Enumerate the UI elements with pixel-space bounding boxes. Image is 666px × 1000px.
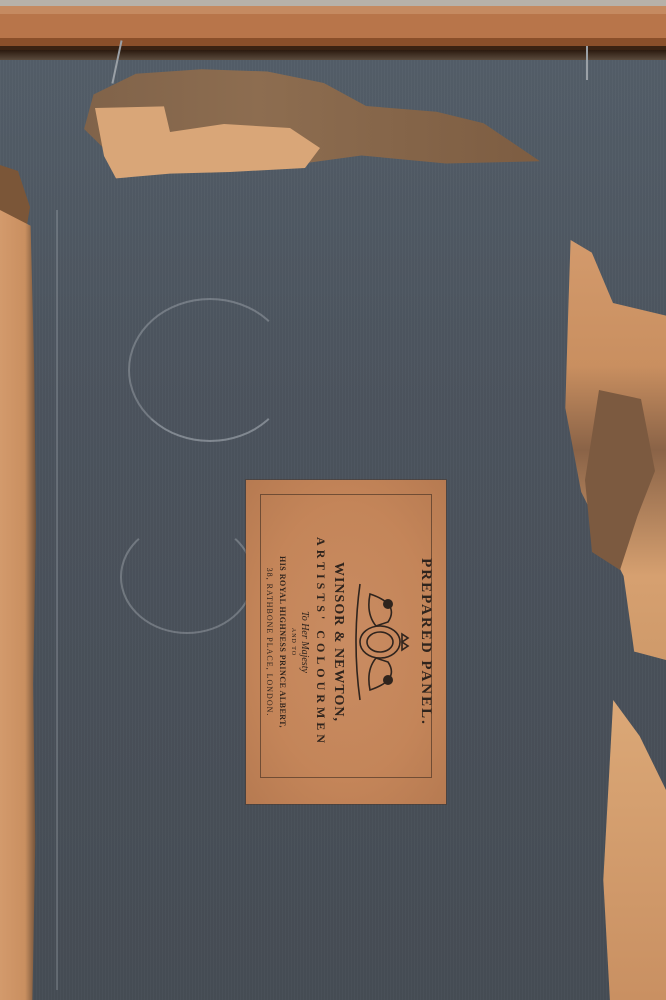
label-text-block: PREPARED PANEL. WINSOR & NEWTON, ARTISTS… <box>246 480 446 804</box>
frame-shadow-gap <box>0 50 666 60</box>
label-and-to: AND TO <box>290 480 296 804</box>
supplier-label: PREPARED PANEL. WINSOR & NEWTON, ARTISTS… <box>246 480 446 804</box>
label-royal-warrant: To Her Majesty <box>299 480 310 804</box>
nail <box>586 46 588 80</box>
label-address: 38, RATHBONE PLACE, LONDON. <box>265 480 274 804</box>
chalk-line <box>56 210 58 990</box>
label-trade: ARTISTS' COLOURMEN <box>313 480 328 804</box>
exposed-paper-left-edge <box>0 210 36 1000</box>
coat-of-arms-icon <box>354 564 410 720</box>
label-royal-warrant-2: HIS ROYAL HIGHNESS PRINCE ALBERT, <box>278 480 287 804</box>
exposed-paper-right-lower <box>600 700 666 1000</box>
label-maker: WINSOR & NEWTON, <box>330 480 346 804</box>
panel-back-photo: PREPARED PANEL. WINSOR & NEWTON, ARTISTS… <box>0 0 666 1000</box>
chalk-mark <box>128 298 292 442</box>
label-title: PREPARED PANEL. <box>417 480 434 804</box>
chalk-mark <box>120 520 254 634</box>
